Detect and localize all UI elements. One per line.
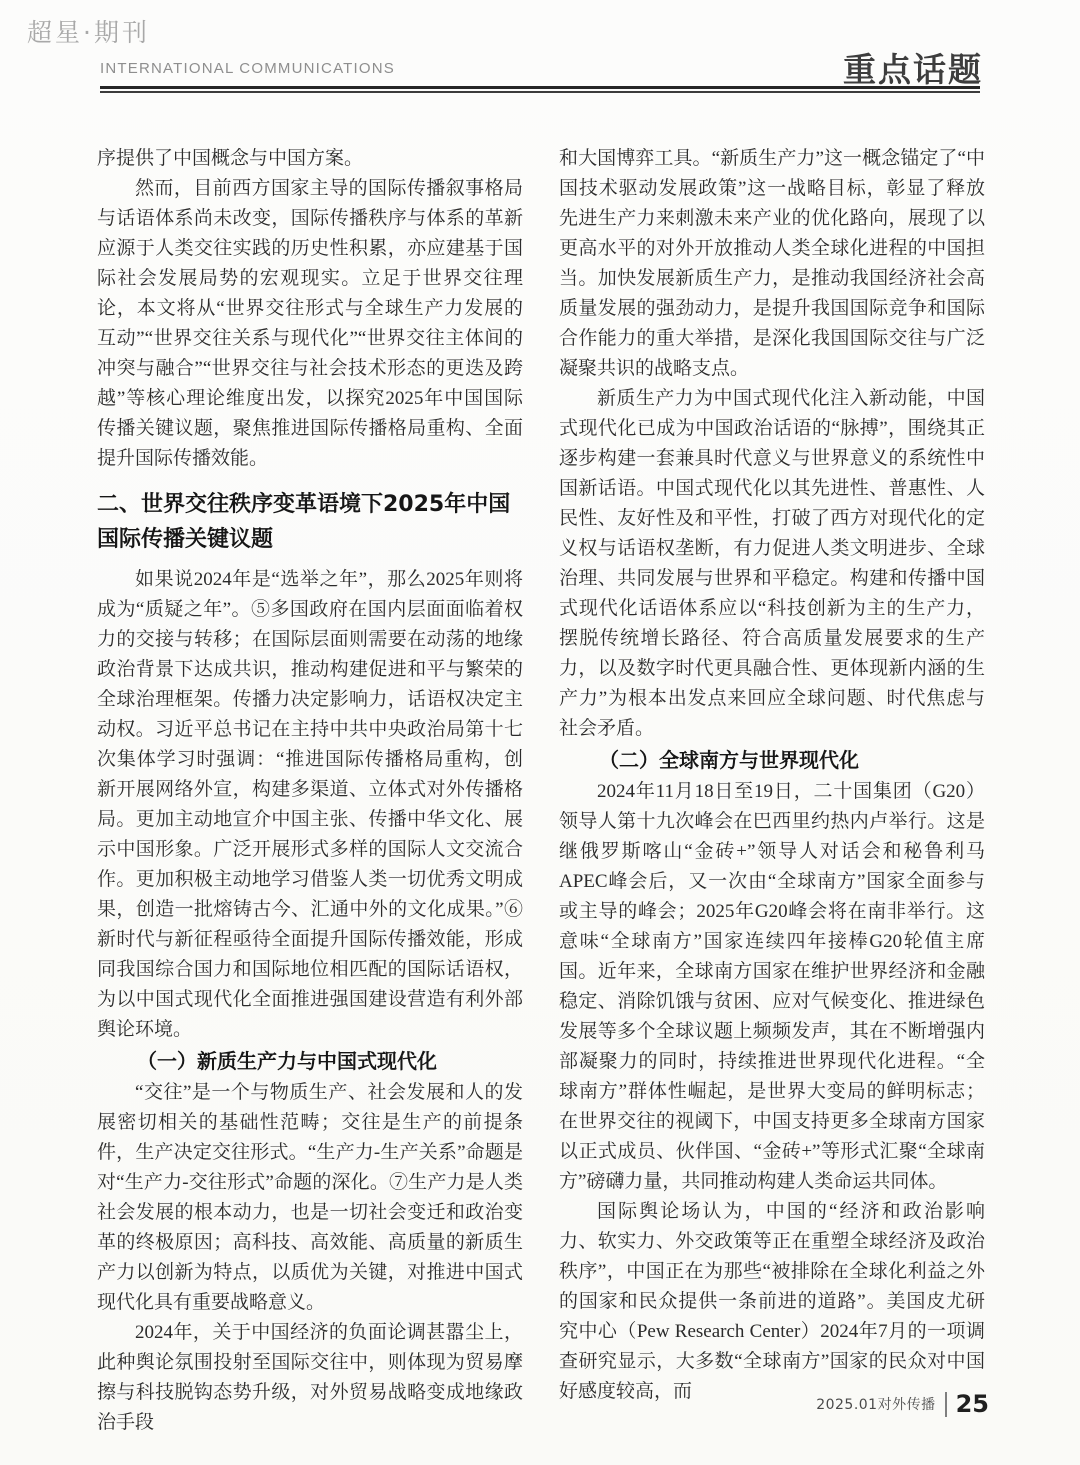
paragraph: 如果说2024年是“选举之年”，那么2025年则将成为“质疑之年”。⑤多国政府在…: [97, 565, 523, 1045]
paragraph: 2024年，关于中国经济的负面论调甚嚣尘上，此种舆论氛围投射至国际交往中，则体现…: [97, 1318, 523, 1438]
subsection-heading: （二）全球南方与世界现代化: [559, 745, 985, 776]
article-body: 序提供了中国概念与中国方案。 然而，目前西方国家主导的国际传播叙事格局与话语体系…: [97, 144, 985, 1438]
left-column: 序提供了中国概念与中国方案。 然而，目前西方国家主导的国际传播叙事格局与话语体系…: [97, 144, 523, 1438]
paragraph: 然而，目前西方国家主导的国际传播叙事格局与话语体系尚未改变，国际传播秩序与体系的…: [97, 174, 523, 474]
footer-divider: [945, 1392, 947, 1417]
header-divider: [100, 86, 980, 93]
paragraph-continuation: 和大国博弈工具。“新质生产力”这一概念锚定了“中国技术驱动发展政策”这一战略目标…: [559, 144, 985, 384]
section-label: 重点话题: [843, 44, 983, 91]
journal-page: 超星·期刊 INTERNATIONAL COMMUNICATIONS 重点话题 …: [0, 0, 1080, 1465]
page-footer: 2025.01对外传播 25: [816, 1390, 989, 1418]
right-column: 和大国博弈工具。“新质生产力”这一概念锚定了“中国技术驱动发展政策”这一战略目标…: [559, 144, 985, 1438]
section-heading: 二、世界交往秩序变革语境下2025年中国国际传播关键议题: [97, 487, 523, 557]
journal-issue: 2025.01对外传播: [816, 1394, 935, 1414]
platform-logo: 超星·期刊: [27, 13, 150, 49]
page-number: 25: [956, 1390, 989, 1418]
paragraph: 新质生产力为中国式现代化注入新动能，中国式现代化已成为中国政治话语的“脉搏”，围…: [559, 384, 985, 744]
journal-english-title: INTERNATIONAL COMMUNICATIONS: [100, 60, 395, 77]
subsection-heading: （一）新质生产力与中国式现代化: [97, 1046, 523, 1077]
paragraph: 国际舆论场认为，中国的“经济和政治影响力、软实力、外交政策等正在重塑全球经济及政…: [559, 1197, 985, 1407]
paragraph: “交往”是一个与物质生产、社会发展和人的发展密切相关的基础性范畴；交往是生产的前…: [97, 1078, 523, 1318]
paragraph-continuation: 序提供了中国概念与中国方案。: [97, 144, 523, 174]
paragraph: 2024年11月18日至19日，二十国集团（G20）领导人第十九次峰会在巴西里约…: [559, 777, 985, 1197]
